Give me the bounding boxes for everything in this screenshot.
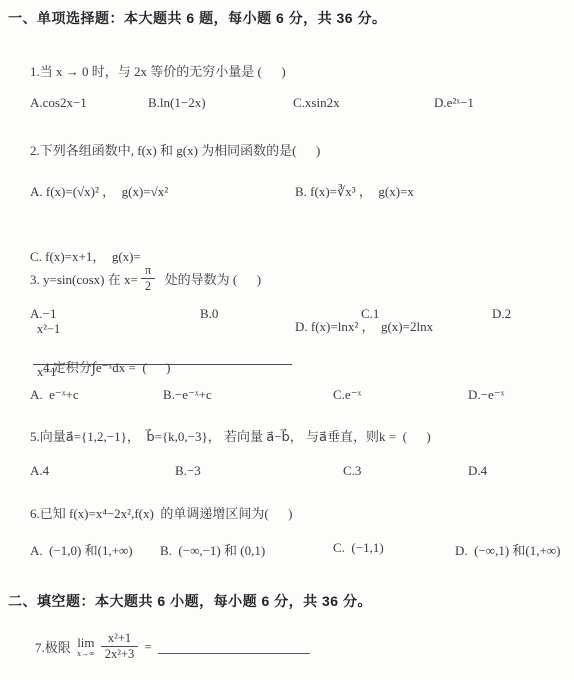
section-2-title: 二、填空题：本大题共 6 小题，每小题 6 分，共 36 分。 — [8, 591, 372, 611]
question-2-options-row2: C. f(x)=x+1， g(x)= x²−1 x−1 D. f(x)=lnx²… — [30, 214, 574, 437]
exam-paper: 一、单项选择题：本大题共 6 题，每小题 6 分，共 36 分。 1.当 x →… — [0, 0, 574, 680]
q5-option-b: B.−3 — [175, 463, 343, 479]
q4-option-a: A. e⁻ˣ+c — [30, 387, 163, 403]
q3-option-b: B.0 — [200, 306, 361, 322]
q1-option-c: C.xsin2x — [293, 95, 434, 111]
question-3-stem: 3. y=sin(cosx) 在 x= π 2 处的导数为 ( ) — [30, 264, 261, 293]
question-5-options: A.4 B.−3 C.3 D.4 — [30, 463, 574, 479]
question-2-stem: 2.下列各组函数中, f(x) 和 g(x) 为相同函数的是( ) — [30, 140, 320, 159]
q5-option-c: C.3 — [343, 463, 468, 479]
question-7: 7.极限 lim x→∞ x²+1 2x²+3 = — [35, 632, 310, 661]
question-6-options: A. (−1,0) 和(1,+∞) B. (−∞,−1) 和 (0,1) C. … — [30, 540, 574, 559]
q3-option-c: C.1 — [361, 306, 492, 322]
question-6-stem: 6.已知 f(x)=x⁴−2x²,f(x) 的单调递增区间为( ) — [30, 503, 292, 522]
question-4-options: A. e⁻ˣ+c B.−e⁻ˣ+c C.e⁻ˣ D.−e⁻ˣ — [30, 387, 574, 403]
question-3-options: A.−1 B.0 C.1 D.2 — [30, 306, 574, 322]
q3-stem-post: 处的导数为 ( ) — [158, 269, 261, 288]
q4-stem-post: e⁻ˣdx = ( ) — [96, 360, 171, 375]
q3-option-a: A.−1 — [30, 306, 200, 322]
q1-option-b: B.ln(1−2x) — [148, 95, 293, 111]
q2-option-b: B. f(x)=∛x³ ， g(x)=x — [295, 181, 574, 200]
q7-limit-operator: lim x→∞ — [77, 636, 95, 658]
section-1-title: 一、单项选择题：本大题共 6 题，每小题 6 分，共 36 分。 — [8, 8, 386, 28]
q4-option-c: C.e⁻ˣ — [333, 387, 468, 403]
question-5-stem: 5.向量a⃗={1,2,−1}， b⃗={k,0,−3}， 若向量 a⃗−b⃗，… — [30, 426, 431, 445]
q6-option-c: C. (−1,1) — [333, 540, 455, 559]
question-4-stem: 4.定积分∫e⁻ˣdx = ( ) — [30, 341, 171, 393]
q4-stem-pre: 4.定积分 — [43, 360, 92, 375]
q6-option-b: B. (−∞,−1) 和 (0,1) — [160, 540, 333, 559]
q4-option-d: D.−e⁻ˣ — [468, 387, 574, 403]
q4-option-b: B.−e⁻ˣ+c — [163, 387, 333, 403]
answer-blank-line — [158, 640, 310, 654]
q7-label: 7.极限 — [35, 637, 74, 656]
q2-option-a: A. f(x)=(√x)² ， g(x)=√x² — [30, 181, 295, 200]
q6-option-d: D. (−∞,1) 和(1,+∞) — [455, 540, 574, 559]
q3-stem-pre: 3. y=sin(cosx) 在 x= — [30, 269, 138, 288]
question-1-options: A.cos2x−1 B.ln(1−2x) C.xsin2x D.e²ˣ−1 — [30, 95, 574, 111]
q1-option-a: A.cos2x−1 — [30, 95, 148, 111]
q3-option-d: D.2 — [492, 306, 574, 322]
q7-fraction: x²+1 2x²+3 — [101, 632, 139, 661]
q3-pi-over-2-fraction: π 2 — [141, 264, 155, 293]
q5-option-d: D.4 — [468, 463, 574, 479]
q7-equals: = — [141, 639, 152, 655]
question-2-options-row1: A. f(x)=(√x)² ， g(x)=√x² B. f(x)=∛x³ ， g… — [30, 181, 574, 200]
q6-option-a: A. (−1,0) 和(1,+∞) — [30, 540, 160, 559]
q1-option-d: D.e²ˣ−1 — [434, 95, 574, 111]
q2-option-c: C. f(x)=x+1， g(x)= x²−1 x−1 — [30, 214, 295, 437]
q2-option-c-text: C. f(x)=x+1， g(x)= — [30, 246, 295, 265]
q5-option-a: A.4 — [30, 463, 175, 479]
question-1-stem: 1.当 x → 0 时，与 2x 等价的无穷小量是 ( ) — [30, 61, 286, 80]
